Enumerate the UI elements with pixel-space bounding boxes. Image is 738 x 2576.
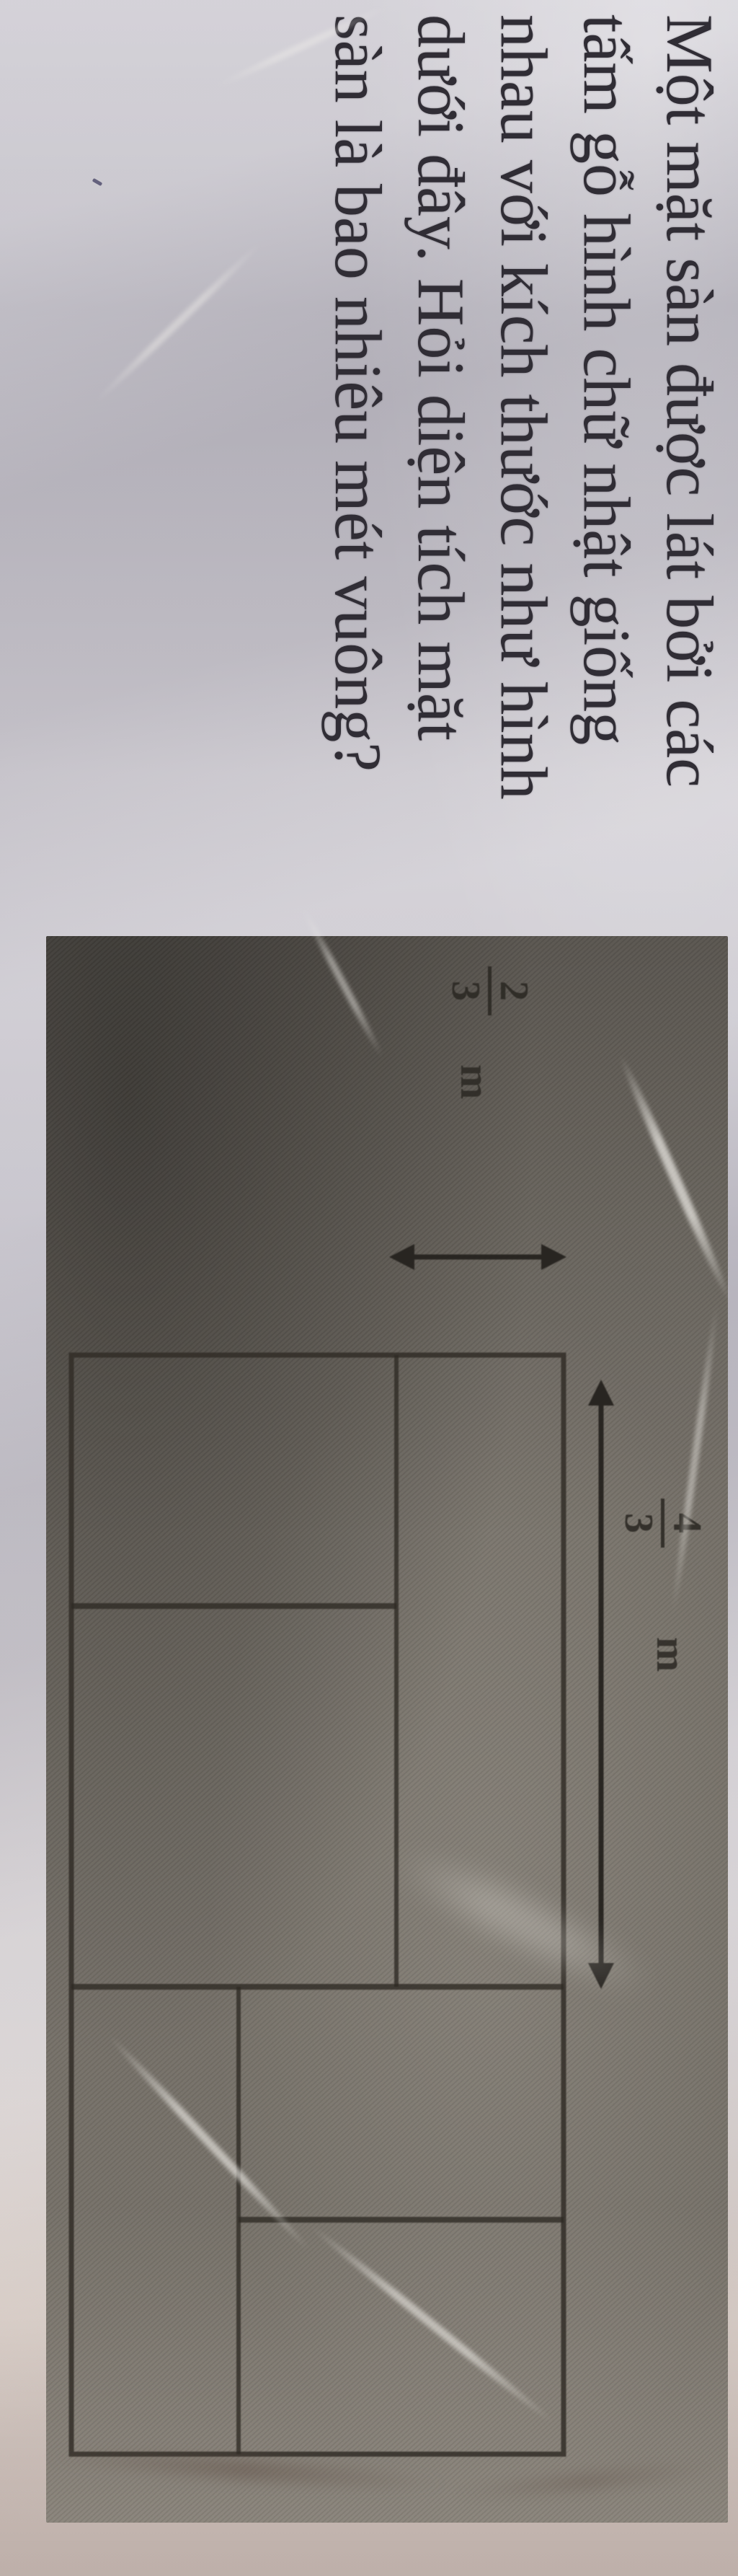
problem-text: Một mặt sàn được lát bởi các tấm gỗ hình… [316,14,738,800]
problem-line-5: sàn là bao nhiêu mét vuông? [316,14,399,800]
floor-photo-figure: 2 3 m 4 3 m [46,936,728,2523]
problem-line-4: dưới đây. Hỏi diện tích mặt [399,14,482,800]
problem-line-2: tấm gỗ hình chữ nhật giống [565,14,648,800]
plank-width-label: 2 3 [445,956,535,1025]
page-content-rotated: Một mặt sàn được lát bởi các tấm gỗ hình… [0,0,738,2576]
width-dimension-arrow-icon [389,1244,566,1270]
floor-plan-diagram [46,936,728,2523]
plank-length-numerator: 4 [664,1513,709,1533]
floor-plan-rectangle [71,1355,564,2454]
plank-width-denominator: 3 [443,981,488,1001]
photographed-worksheet-page: Một mặt sàn được lát bởi các tấm gỗ hình… [0,0,738,2576]
plank-length-unit: m [650,1637,692,1672]
length-dimension-arrow-icon [588,1380,614,1989]
plank-length-label: 4 3 [618,1488,708,1558]
plank-length-denominator: 3 [616,1513,661,1533]
plank-joint-lines [71,1355,564,2454]
plank-width-unit: m [454,1064,496,1099]
problem-line-1: Một mặt sàn được lát bởi các [648,14,731,800]
problem-line-3: nhau với kích thước như hình [482,14,565,800]
plank-width-numerator: 2 [492,981,536,1001]
